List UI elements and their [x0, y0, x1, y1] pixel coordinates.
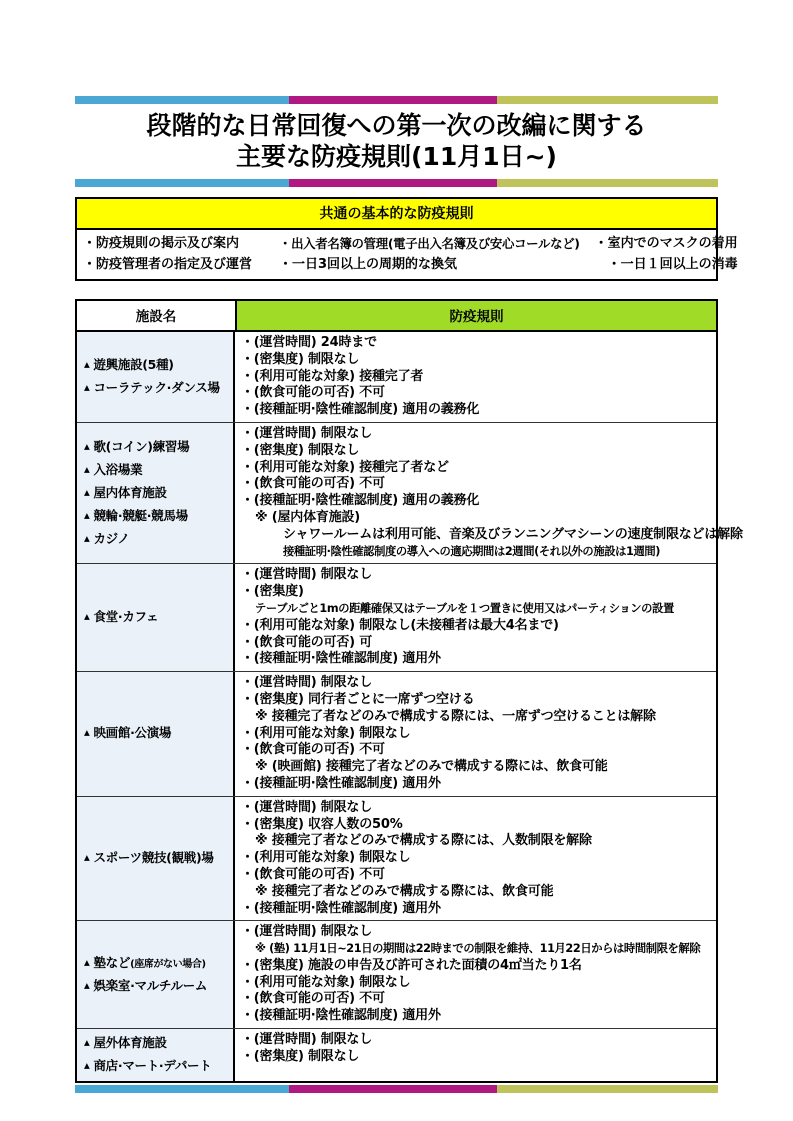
facility-name: 入浴場業 [93, 462, 142, 477]
facility-cell: ▲屋外体育施設▲商店·マート·デパート [77, 1029, 235, 1081]
facility-column-header: 施設名 [77, 301, 237, 330]
rule-line: ・(利用可能な対象) 制限なし [241, 726, 712, 743]
rule-line: ・(運営時間) 制限なし [241, 675, 712, 692]
facility-cell: ▲スポーツ競技(観戦)場 [77, 797, 235, 921]
rule-line: ・(運営時間) 制限なし [241, 800, 712, 817]
facility-line: ▲カジノ [84, 528, 231, 551]
common-rule-item: ・防疫管理者の指定及び運営 [83, 254, 279, 275]
facility-name: 塾など [93, 955, 130, 970]
triangle-bullet-icon: ▲ [84, 728, 89, 737]
facility-cell: ▲遊興施設(5種)▲コーラテック·ダンス場 [77, 332, 235, 422]
facility-cell: ▲食堂·カフェ [77, 564, 235, 671]
accent-segment-olive [497, 179, 718, 187]
rules-cell: ・(運営時間) 制限なし・(密集度) 制限なし・(利用可能な対象) 接種完了者な… [235, 423, 747, 563]
rule-line: テーブルごと1mの距離確保又はテーブルを１つ置きに使用又はパーティションの設置 [241, 601, 712, 618]
facility-name: 歌(コイン)練習場 [93, 439, 189, 454]
triangle-bullet-icon: ▲ [84, 488, 89, 497]
rules-cell: ・(運営時間) 制限なし・(密集度) 収容人数の50%※ 接種完了者などのみで構… [235, 797, 716, 921]
accent-segment-olive [497, 96, 718, 104]
triangle-bullet-icon: ▲ [84, 511, 89, 520]
facility-name: 屋内体育施設 [93, 485, 166, 500]
rule-line: シャワールームは利用可能、音楽及びランニングマシーンの速度制限などは解除 [241, 527, 743, 544]
common-rules-box: 共通の基本的な防疫規則 ・防疫規則の掲示及び案内・防疫管理者の指定及び運営 ・出… [75, 197, 718, 281]
facility-name: 屋外体育施設 [93, 1035, 166, 1050]
rule-line: ※ (塾) 11月1日~21日の期間は22時までの制限を維持、11月22日からは… [241, 941, 712, 958]
facility-name: 商店·マート·デパート [93, 1058, 211, 1073]
facility-line: ▲コーラテック·ダンス場 [84, 377, 231, 400]
rule-line: ※ 接種完了者などのみで構成する際には、飲食可能 [241, 884, 712, 901]
common-rules-column-1: ・防疫規則の掲示及び案内・防疫管理者の指定及び運営 [83, 233, 279, 275]
triangle-bullet-icon: ▲ [84, 465, 89, 474]
top-accent-bar [75, 96, 718, 104]
rule-line: ・(接種証明·陰性確認制度) 適用の義務化 [241, 402, 712, 419]
rule-line: ・(密集度) 収容人数の50% [241, 817, 712, 834]
document-page: 段階的な日常回復への第一次の改編に関する 主要な防疫規則(11月1日~) 共通の… [75, 0, 718, 1083]
title-accent-bar [75, 179, 718, 187]
triangle-bullet-icon: ▲ [84, 612, 89, 621]
rule-line: ・(運営時間) 24時まで [241, 335, 712, 352]
rules-table-rows: ▲遊興施設(5種)▲コーラテック·ダンス場・(運営時間) 24時まで・(密集度)… [77, 332, 716, 1081]
facility-line: ▲食堂·カフェ [84, 606, 231, 629]
rule-line: ・(利用可能な対象) 接種完了者 [241, 369, 712, 386]
facility-name: 映画館·公演場 [93, 725, 171, 740]
facility-name: 食堂·カフェ [93, 609, 158, 624]
accent-segment-blue [75, 96, 289, 104]
table-row: ▲屋外体育施設▲商店·マート·デパート・(運営時間) 制限なし・(密集度) 制限… [77, 1029, 716, 1081]
page-title: 段階的な日常回復への第一次の改編に関する 主要な防疫規則(11月1日~) [75, 104, 718, 179]
facility-name: コーラテック·ダンス場 [93, 380, 219, 395]
facility-line: ▲歌(コイン)練習場 [84, 436, 231, 459]
rule-line: ・(接種証明·陰性確認制度) 適用外 [241, 776, 712, 793]
facility-line: ▲塾など(座席がない場合) [84, 952, 231, 975]
page-title-line2: 主要な防疫規則(11月1日~) [75, 141, 718, 172]
facility-cell: ▲映画館·公演場 [77, 672, 235, 796]
rule-line: 接種証明·陰性確認制度の導入への適応期間は2週間(それ以外の施設は1週間) [241, 544, 743, 561]
triangle-bullet-icon: ▲ [84, 360, 89, 369]
rule-line: ※ 接種完了者などのみで構成する際には、人数制限を解除 [241, 833, 712, 850]
triangle-bullet-icon: ▲ [84, 383, 89, 392]
rule-line: ・(運営時間) 制限なし [241, 426, 743, 443]
table-row: ▲食堂·カフェ・(運営時間) 制限なし・(密集度)テーブルごと1mの距離確保又は… [77, 564, 716, 672]
rule-line: ・(密集度) [241, 584, 712, 601]
accent-segment-magenta [289, 96, 497, 104]
facility-name: 遊興施設(5種) [93, 357, 173, 372]
facility-cell: ▲塾など(座席がない場合)▲娯楽室·マルチルーム [77, 921, 235, 1028]
facility-cell: ▲歌(コイン)練習場▲入浴場業▲屋内体育施設▲競輪·競艇·競馬場▲カジノ [77, 423, 235, 563]
facility-line: ▲映画館·公演場 [84, 722, 231, 745]
common-rules-header: 共通の基本的な防疫規則 [77, 199, 716, 230]
rule-line: ・(飲食可能の可否) 不可 [241, 991, 712, 1008]
rule-line: ・(利用可能な対象) 制限なし(未接種者は最大4名まで) [241, 618, 712, 635]
facility-line: ▲スポーツ競技(観戦)場 [84, 847, 231, 870]
rule-line: ※ (映画館) 接種完了者などのみで構成する際には、飲食可能 [241, 759, 712, 776]
facility-line: ▲競輪·競艇·競馬場 [84, 505, 231, 528]
rules-cell: ・(運営時間) 制限なし・(密集度) 同行者ごとに一席ずつ空ける※ 接種完了者な… [235, 672, 716, 796]
table-row: ▲塾など(座席がない場合)▲娯楽室·マルチルーム・(運営時間) 制限なし※ (塾… [77, 921, 716, 1029]
facility-line: ▲屋内体育施設 [84, 482, 231, 505]
common-rule-item: ・室内でのマスクの着用 [580, 233, 738, 254]
facility-rules-table: 施設名 防疫規則 ▲遊興施設(5種)▲コーラテック·ダンス場・(運営時間) 24… [75, 299, 718, 1083]
common-rules-column-3: ・室内でのマスクの着用・一日１回以上の消毒 [580, 233, 738, 275]
table-row: ▲遊興施設(5種)▲コーラテック·ダンス場・(運営時間) 24時まで・(密集度)… [77, 332, 716, 423]
rules-cell: ・(運営時間) 24時まで・(密集度) 制限なし・(利用可能な対象) 接種完了者… [235, 332, 716, 422]
rule-line: ・(接種証明·陰性確認制度) 適用の義務化 [241, 493, 743, 510]
common-rule-item: ・一日１回以上の消毒 [580, 254, 738, 275]
rule-line: ・(密集度) 同行者ごとに一席ずつ空ける [241, 692, 712, 709]
common-rules-body: ・防疫規則の掲示及び案内・防疫管理者の指定及び運営 ・出入者名簿の管理(電子出入… [77, 230, 716, 279]
accent-segment-magenta [289, 179, 497, 187]
accent-segment-olive [497, 1085, 718, 1093]
rule-line: ・(接種証明·陰性確認制度) 適用外 [241, 901, 712, 918]
rule-line: ・(運営時間) 制限なし [241, 924, 712, 941]
rule-line: ・(運営時間) 制限なし [241, 567, 712, 584]
common-rule-item: ・防疫規則の掲示及び案内 [83, 233, 279, 254]
triangle-bullet-icon: ▲ [84, 534, 89, 543]
bottom-accent-bar [75, 1085, 718, 1093]
facility-line: ▲娯楽室·マルチルーム [84, 975, 231, 998]
triangle-bullet-icon: ▲ [84, 442, 89, 451]
rule-line: ・(利用可能な対象) 制限なし [241, 975, 712, 992]
common-rules-column-2: ・出入者名簿の管理(電子出入名簿及び安心コールなど)・一日3回以上の周期的な換気 [279, 233, 580, 275]
rules-cell: ・(運営時間) 制限なし・(密集度) 制限なし [235, 1029, 716, 1081]
accent-segment-blue [75, 1085, 289, 1093]
rule-line: ・(接種証明·陰性確認制度) 適用外 [241, 1008, 712, 1025]
rule-line: ・(利用可能な対象) 制限なし [241, 850, 712, 867]
rule-line: ・(飲食可能の可否) 不可 [241, 385, 712, 402]
triangle-bullet-icon: ▲ [84, 1038, 89, 1047]
rule-line: ・(運営時間) 制限なし [241, 1032, 712, 1049]
rule-line: ※ (屋内体育施設) [241, 510, 743, 527]
accent-segment-blue [75, 179, 289, 187]
triangle-bullet-icon: ▲ [84, 958, 89, 967]
facility-note: (座席がない場合) [130, 959, 206, 970]
facility-name: スポーツ競技(観戦)場 [93, 850, 213, 865]
rule-line: ・(飲食可能の可否) 不可 [241, 742, 712, 759]
facility-name: 競輪·競艇·競馬場 [93, 508, 187, 523]
table-row: ▲歌(コイン)練習場▲入浴場業▲屋内体育施設▲競輪·競艇·競馬場▲カジノ・(運営… [77, 423, 716, 564]
rule-line: ・(接種証明·陰性確認制度) 適用外 [241, 651, 712, 668]
triangle-bullet-icon: ▲ [84, 1061, 89, 1070]
table-row: ▲スポーツ競技(観戦)場・(運営時間) 制限なし・(密集度) 収容人数の50%※… [77, 797, 716, 922]
rules-cell: ・(運営時間) 制限なし※ (塾) 11月1日~21日の期間は22時までの制限を… [235, 921, 716, 1028]
facility-line: ▲屋外体育施設 [84, 1032, 231, 1055]
rule-line: ・(利用可能な対象) 接種完了者など [241, 460, 743, 477]
table-row: ▲映画館·公演場・(運営時間) 制限なし・(密集度) 同行者ごとに一席ずつ空ける… [77, 672, 716, 797]
rule-line: ・(密集度) 施設の申告及び許可された面積の4㎡当たり1名 [241, 958, 712, 975]
rule-line: ※ 接種完了者などのみで構成する際には、一席ずつ空けることは解除 [241, 709, 712, 726]
facility-line: ▲商店·マート·デパート [84, 1055, 231, 1078]
facility-name: 娯楽室·マルチルーム [93, 978, 207, 993]
common-rule-item: ・一日3回以上の周期的な換気 [279, 254, 580, 275]
common-rule-item: ・出入者名簿の管理(電子出入名簿及び安心コールなど) [279, 233, 580, 254]
page-title-line1: 段階的な日常回復への第一次の改編に関する [75, 110, 718, 141]
triangle-bullet-icon: ▲ [84, 981, 89, 990]
accent-segment-magenta [289, 1085, 497, 1093]
facility-line: ▲遊興施設(5種) [84, 354, 231, 377]
rule-line: ・(飲食可能の可否) 不可 [241, 867, 712, 884]
rule-line: ・(飲食可能の可否) 可 [241, 635, 712, 652]
rule-line: ・(密集度) 制限なし [241, 352, 712, 369]
rule-line: ・(密集度) 制限なし [241, 1049, 712, 1066]
facility-name: カジノ [93, 531, 129, 546]
facility-line: ▲入浴場業 [84, 459, 231, 482]
rules-cell: ・(運営時間) 制限なし・(密集度)テーブルごと1mの距離確保又はテーブルを１つ… [235, 564, 716, 671]
triangle-bullet-icon: ▲ [84, 853, 89, 862]
rule-line: ・(飲食可能の可否) 不可 [241, 476, 743, 493]
rule-line: ・(密集度) 制限なし [241, 443, 743, 460]
table-header-row: 施設名 防疫規則 [77, 301, 716, 332]
rules-column-header: 防疫規則 [237, 301, 716, 330]
